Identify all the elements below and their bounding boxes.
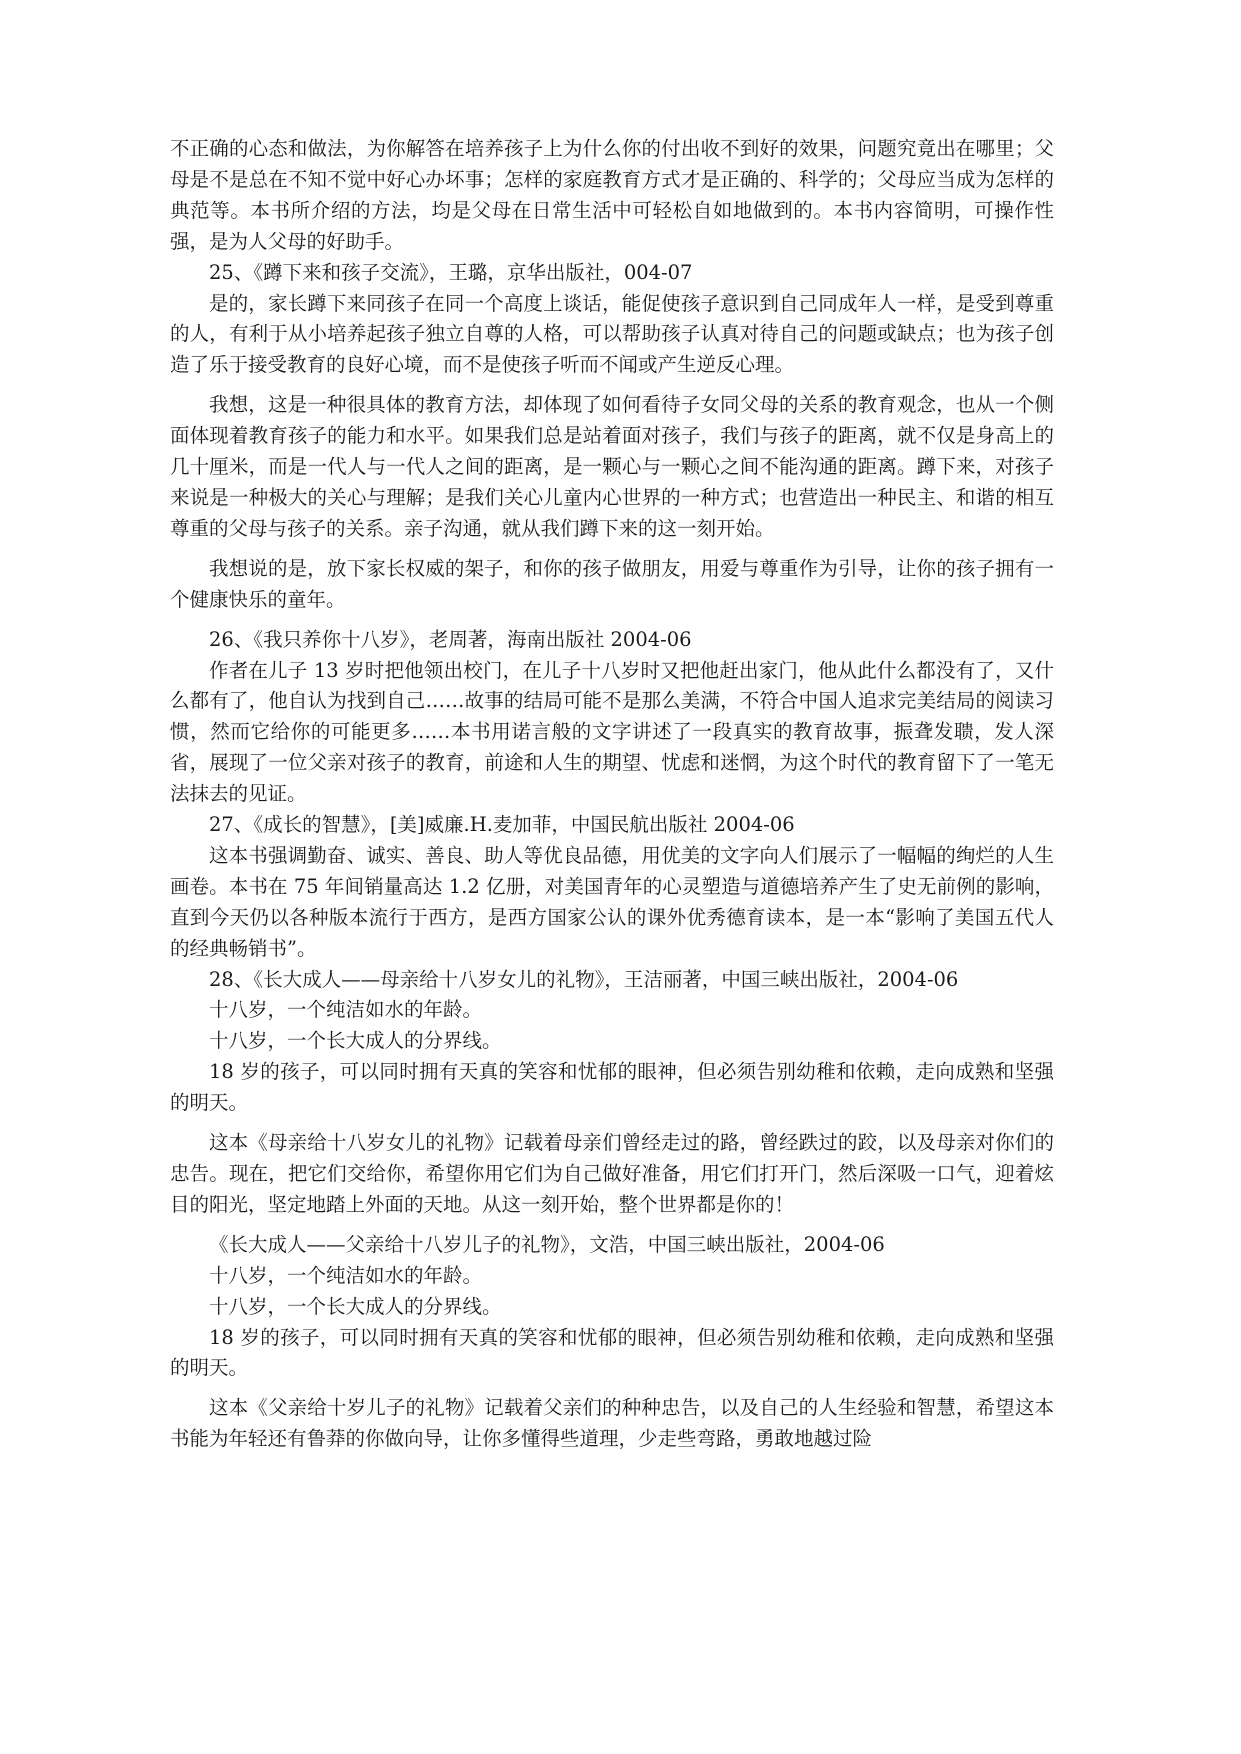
paragraph-book25-conclusion: 我想说的是，放下家长权威的架子，和你的孩子做朋友，用爱与尊重作为引导，让你的孩子… xyxy=(170,554,1054,616)
book-entry-28b-heading: 《长大成人——父亲给十八岁儿子的礼物》，文浩，中国三峡出版社，2004-06 xyxy=(170,1230,1054,1261)
paragraph-book27-summary: 这本书强调勤奋、诚实、善良、助人等优良品德，用优美的文字向人们展示了一幅幅的绚烂… xyxy=(170,841,1054,965)
book-entry-28-heading: 28、《长大成人——母亲给十八岁女儿的礼物》，王洁丽著，中国三峡出版社，2004… xyxy=(170,965,1054,996)
paragraph-book28-line3: 18 岁的孩子，可以同时拥有天真的笑容和忧郁的眼神，但必须告别幼稚和依赖，走向成… xyxy=(170,1057,1054,1119)
book-entry-25-heading: 25、《蹲下来和孩子交流》，王璐，京华出版社，004-07 xyxy=(170,258,1054,289)
book-entry-27-heading: 27、《成长的智慧》，[美]威廉.H.麦加菲，中国民航出版社 2004-06 xyxy=(170,810,1054,841)
paragraph-book28b-line1: 十八岁，一个纯洁如水的年龄。 xyxy=(170,1261,1054,1292)
paragraph-book25-summary: 是的，家长蹲下来同孩子在同一个高度上谈话，能促使孩子意识到自己同成年人一样，是受… xyxy=(170,289,1054,382)
paragraph-book24-summary-continued: 不正确的心态和做法，为你解答在培养孩子上为什么你的付出收不到好的效果，问题究竟出… xyxy=(170,134,1054,258)
paragraph-book28-summary: 这本《母亲给十八岁女儿的礼物》记载着母亲们曾经走过的路，曾经跌过的跤，以及母亲对… xyxy=(170,1128,1054,1221)
book-entry-26-heading: 26、《我只养你十八岁》，老周著，海南出版社 2004-06 xyxy=(170,625,1054,656)
paragraph-book25-reflection: 我想，这是一种很具体的教育方法，却体现了如何看待子女同父母的关系的教育观念，也从… xyxy=(170,390,1054,545)
paragraph-book28b-line3: 18 岁的孩子，可以同时拥有天真的笑容和忧郁的眼神，但必须告别幼稚和依赖，走向成… xyxy=(170,1323,1054,1385)
paragraph-book28-line1: 十八岁，一个纯洁如水的年龄。 xyxy=(170,995,1054,1026)
paragraph-book28b-summary: 这本《父亲给十岁儿子的礼物》记载着父亲们的种种忠告，以及自己的人生经验和智慧，希… xyxy=(170,1393,1054,1455)
document-page: 不正确的心态和做法，为你解答在培养孩子上为什么你的付出收不到好的效果，问题究竟出… xyxy=(170,134,1054,1455)
paragraph-book28-line2: 十八岁，一个长大成人的分界线。 xyxy=(170,1026,1054,1057)
paragraph-book28b-line2: 十八岁，一个长大成人的分界线。 xyxy=(170,1292,1054,1323)
paragraph-book26-summary: 作者在儿子 13 岁时把他领出校门，在儿子十八岁时又把他赶出家门，他从此什么都没… xyxy=(170,656,1054,811)
